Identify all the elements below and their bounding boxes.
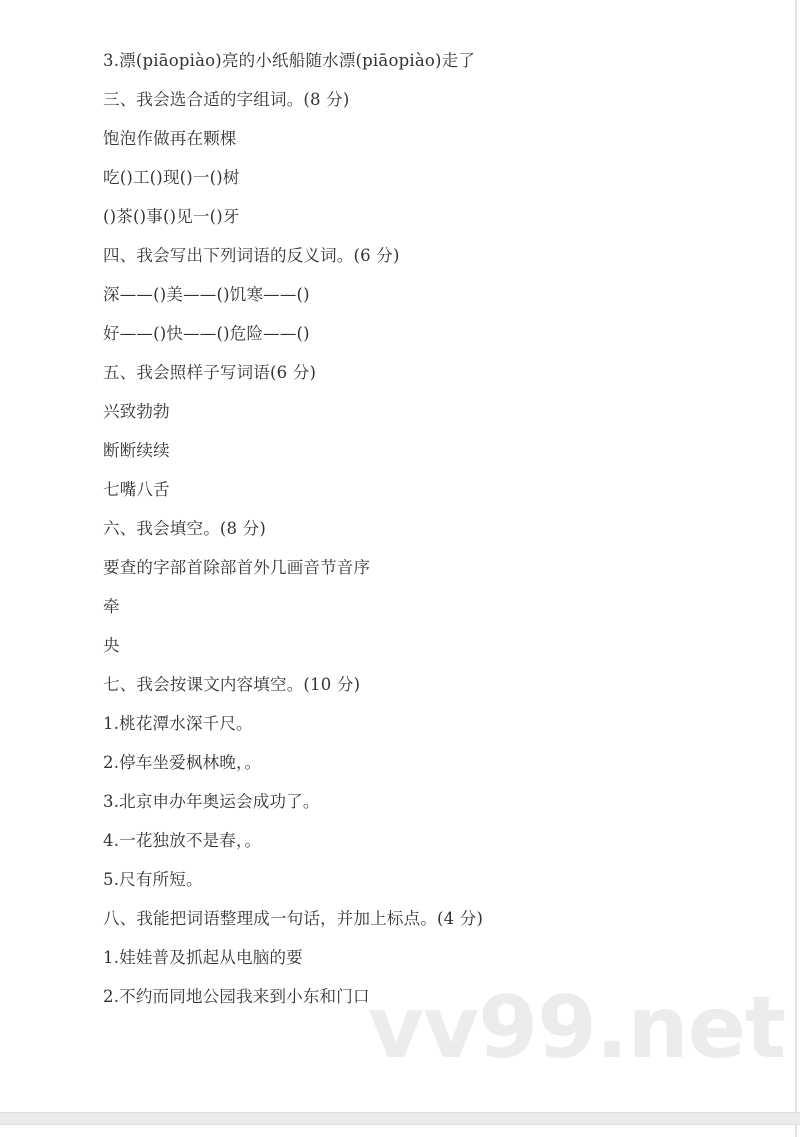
question-item: 2.不约而同地公园我来到小东和门口 bbox=[103, 977, 795, 1016]
page-content: 3.漂(piāopiào)亮的小纸船随水漂(piāopiào)走了 三、我会选合… bbox=[103, 41, 795, 1016]
question-item: 4.一花独放不是春，。 bbox=[103, 821, 795, 860]
question-item: 2.停车坐爱枫林晚，。 bbox=[103, 743, 795, 782]
fill-blank-line: 吃()工()现()一()树 bbox=[103, 158, 795, 197]
page-separator bbox=[0, 1112, 800, 1125]
section-heading-6: 六、我会填空。(8 分) bbox=[103, 509, 795, 548]
question-item: 1.桃花潭水深千尺。 bbox=[103, 704, 795, 743]
section-heading-3: 三、我会选合适的字组词。(8 分) bbox=[103, 80, 795, 119]
table-row-character: 牵 bbox=[103, 587, 795, 626]
example-word: 断断续续 bbox=[103, 431, 795, 470]
section-heading-8: 八、我能把词语整理成一句话，并加上标点。(4 分) bbox=[103, 899, 795, 938]
section-heading-5: 五、我会照样子写词语(6 分) bbox=[103, 353, 795, 392]
fill-blank-line: ()茶()事()见一()牙 bbox=[103, 197, 795, 236]
question-item: 3.漂(piāopiào)亮的小纸船随水漂(piāopiào)走了 bbox=[103, 41, 795, 80]
antonym-line: 好——()快——()危险——() bbox=[103, 314, 795, 353]
section-heading-7: 七、我会按课文内容填空。(10 分) bbox=[103, 665, 795, 704]
section-heading-4: 四、我会写出下列词语的反义词。(6 分) bbox=[103, 236, 795, 275]
example-word: 七嘴八舌 bbox=[103, 470, 795, 509]
example-word: 兴致勃勃 bbox=[103, 392, 795, 431]
table-header-line: 要查的字部首除部首外几画音节音序 bbox=[103, 548, 795, 587]
table-row-character: 央 bbox=[103, 626, 795, 665]
question-item: 5.尺有所短。 bbox=[103, 860, 795, 899]
antonym-line: 深——()美——()饥寒——() bbox=[103, 275, 795, 314]
question-item: 3.北京申办年奥运会成功了。 bbox=[103, 782, 795, 821]
question-item: 1.娃娃普及抓起从电脑的要 bbox=[103, 938, 795, 977]
character-options: 饱泡作做再在颗棵 bbox=[103, 119, 795, 158]
document-page: 3.漂(piāopiào)亮的小纸船随水漂(piāopiào)走了 三、我会选合… bbox=[0, 0, 797, 1112]
next-page-top bbox=[0, 1125, 797, 1137]
